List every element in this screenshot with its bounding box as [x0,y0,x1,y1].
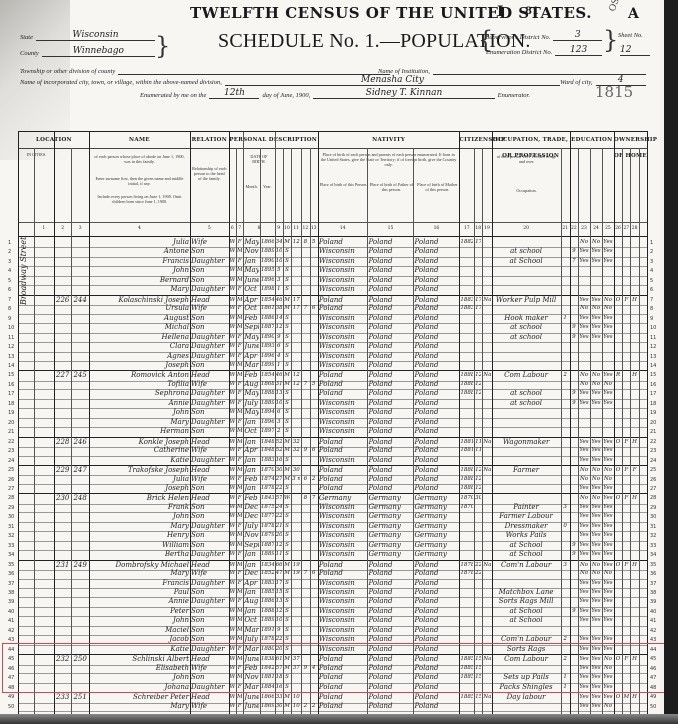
cell-dwelling [55,285,70,294]
cell-relation: Wife [191,238,228,247]
cell-marital: S [284,333,290,342]
cell-marital: S [284,314,290,323]
line-number: 38 [650,590,656,596]
cell-marital: M [284,304,290,313]
cell-father: Poland [368,418,412,427]
cell-months-unemp [562,427,569,436]
cell-owned [615,418,621,427]
cell-birth: Wisconsin [319,588,367,597]
cell-school: 9 [571,333,577,342]
cell-farm [631,503,637,512]
cell-year: 1852 [261,569,274,578]
cell-owned [615,626,621,635]
supervisor-district-field: Supervisor's District No. 3 [486,30,602,41]
cell-natz [483,380,490,389]
cell-mother: Poland [414,626,458,635]
cell-english: Yes [603,446,613,455]
cell-month: Jan [244,257,259,266]
enumerated-prefix: Enumerated by me on the [140,92,206,99]
cell-relation: Son [191,247,228,256]
enumerated-suffix: day of June, 1900, [262,92,310,99]
cell-age: 12 [276,607,282,616]
institution-value [433,64,646,75]
cell-farm [631,247,637,256]
cell-relation: Daughter [191,285,228,294]
cell-immig [460,276,473,285]
column-number: 17 [459,226,474,231]
cell-age: 10 [276,247,282,256]
month-label: Month. [243,184,260,189]
cell-marital: S [284,541,290,550]
cell-relation: Son [191,616,228,625]
cell-marital: S [284,399,290,408]
cell-name: Tofilia [90,380,191,389]
cell-year: 1889 [261,247,274,256]
cell-occupation [493,352,560,361]
cell-father: Poland [368,597,412,606]
cell-children-living [311,333,317,342]
cell-children-living [311,456,317,465]
line-number: 7 [650,297,653,303]
cell-mother: Poland [414,579,458,588]
cell-mortgage [623,380,629,389]
cell-month: Oct [244,304,259,313]
cell-occupation: at school [493,333,560,342]
cell-children-born [302,314,308,323]
cell-family [72,399,87,408]
cell-sex: M [237,314,242,323]
column-divider [474,148,475,715]
cell-birth: Wisconsin [319,314,367,323]
cell-write: Yes [591,702,601,711]
cell-yrs-married [292,342,300,351]
cell-children-living [311,257,317,266]
cell-marital: S [284,607,290,616]
cell-family [72,323,87,332]
column-divider [71,148,72,715]
line-number: 11 [8,335,14,341]
cell-natz [483,446,490,455]
cell-mortgage [623,446,629,455]
cell-year: 1866 [261,238,274,247]
line-number: 2 [650,249,653,255]
cell-english [603,266,613,275]
cell-family [72,304,87,313]
cell-father: Poland [368,399,412,408]
cell-birth: Poland [319,702,367,711]
cell-yrs-us [475,607,481,616]
cell-year: 1885 [261,588,274,597]
cell-family [72,285,87,294]
cell-father: Poland [368,380,412,389]
cell-months-unemp [562,579,569,588]
cell-year: 1889 [261,616,274,625]
cell-natz [483,541,490,550]
cell-natz [483,522,490,531]
supervisor-district-value: 3 [553,30,602,41]
cell-yrs-married [292,361,300,370]
cell-birth: Poland [319,475,367,484]
highlight-box [2,643,668,693]
cell-dwelling [55,484,70,493]
cell-month: Sept [244,323,259,332]
cell-dwelling [55,427,70,436]
cell-year: 1894 [261,408,274,417]
line-number: 17 [650,391,656,397]
cell-mother: Germany [414,550,458,559]
cell-children-born: 7 [302,380,308,389]
cell-yrs-married [292,276,300,285]
cell-english: Yes [603,597,613,606]
cell-natz [483,484,490,493]
cell-mortgage [623,427,629,436]
column-number: 16 [413,226,459,231]
line-number: 42 [8,628,14,634]
cell-yrs-us [475,456,481,465]
cell-months-unemp [562,352,569,361]
cell-immig [460,399,473,408]
cell-farm [631,597,637,606]
line-number: 34 [8,552,14,558]
cell-relation: Daughter [191,389,228,398]
cell-read: Yes [579,522,589,531]
cell-family [72,247,87,256]
cell-sex: F [237,304,242,313]
cell-natz [483,475,490,484]
cell-write: Yes [591,588,601,597]
line-number: 23 [8,448,14,454]
cell-birth: Wisconsin [319,503,367,512]
cell-owned [615,323,621,332]
cell-english: Yes [603,456,613,465]
column-divider [260,148,261,715]
cell-color: W [230,541,235,550]
cell-color: W [230,323,235,332]
cell-father: Poland [368,257,412,266]
cell-sex: F [237,380,242,389]
cell-children-living [311,597,317,606]
cell-read: Yes [579,616,589,625]
cell-family [72,380,87,389]
ward-label: Ward of city, [560,79,593,86]
cell-mother: Poland [414,238,458,247]
cell-year: 1877 [261,512,274,521]
cell-immig [460,512,473,521]
line-number: 36 [650,571,656,577]
cell-immig [460,323,473,332]
cell-yrs-married: 19 [292,569,300,578]
cell-immig [460,352,473,361]
cell-mortgage [623,399,629,408]
cell-yrs-married [292,408,300,417]
cell-yrs-us: 12 [475,484,481,493]
cell-year: 1886 [261,314,274,323]
cell-mortgage [623,323,629,332]
line-number: 10 [650,325,656,331]
cell-yrs-married [292,597,300,606]
cell-month: June [244,276,259,285]
cell-color: W [230,285,235,294]
cell-farm [631,626,637,635]
cell-children-living: 6 [311,569,317,578]
cell-write: Yes [591,399,601,408]
birthplace-father-label: Place of birth of Father of this person. [369,182,413,192]
cell-father: Germany [368,531,412,540]
cell-age: 1 [276,361,282,370]
cell-birth: Wisconsin [319,342,367,351]
cell-write: No [591,304,601,313]
cell-farm [631,484,637,493]
cell-children-born [302,257,308,266]
cell-dwelling [55,550,70,559]
cell-read [579,342,589,351]
cell-children-living: 5 [311,380,317,389]
column-group-header: NATIVITY [318,132,461,149]
cell-english: Yes [603,579,613,588]
cell-year: 1883 [261,456,274,465]
cell-family [72,541,87,550]
cell-immig: 1883 [460,304,473,313]
cell-school [571,304,577,313]
cell-immig [460,531,473,540]
column-divider [482,148,483,715]
cell-color: W [230,702,235,711]
county-value: Winnebago [42,46,155,57]
cell-father: Poland [368,475,412,484]
cell-occupation: Painter [493,503,560,512]
cell-children-living [311,342,317,351]
cell-sex: M [237,361,242,370]
cell-father: Poland [368,276,412,285]
cell-occupation: Matchbox Lane [493,588,560,597]
table-header: LOCATIONNAMERELATIONPERSONAL DESCRIPTION… [19,132,647,237]
cell-month: June [244,342,259,351]
cell-marital: S [284,276,290,285]
cell-age: 24 [276,503,282,512]
cell-relation: Son [191,588,228,597]
cell-marital: S [284,522,290,531]
column-number: 23 [578,226,590,231]
cell-marital: S [284,531,290,540]
column-divider [301,148,302,715]
cell-children-born [302,247,308,256]
cell-sex: F [237,579,242,588]
cell-father: Poland [368,361,412,370]
cell-months-unemp [562,257,569,266]
cell-marital: M [284,446,290,455]
cell-age: 10 [276,399,282,408]
cell-read: Yes [579,333,589,342]
cell-mother: Poland [414,569,458,578]
cell-months-unemp [562,342,569,351]
cell-mortgage [623,276,629,285]
cell-read: Yes [579,389,589,398]
cell-write [591,276,601,285]
cell-marital: S [284,257,290,266]
cell-father: Poland [368,607,412,616]
cell-school [571,588,577,597]
cell-color: W [230,456,235,465]
cell-month: Dec [244,512,259,521]
cell-birth: Wisconsin [319,276,367,285]
cell-children-born [302,607,308,616]
cell-occupation [493,304,560,313]
cell-yrs-married [292,333,300,342]
cell-school [571,314,577,323]
cell-yrs-us [475,597,481,606]
cell-yrs-us [475,266,481,275]
cell-name: Joseph [90,484,191,493]
cell-school [571,427,577,436]
cell-family [72,361,87,370]
cell-family [72,456,87,465]
cell-mortgage [623,588,629,597]
cell-yrs-us [475,276,481,285]
cell-father: Poland [368,333,412,342]
cell-relation: Daughter [191,456,228,465]
line-number: 1 [650,240,653,246]
cell-children-living [311,352,317,361]
cell-read [579,427,589,436]
cell-mortgage [623,702,629,711]
cell-natz [483,616,490,625]
cell-mortgage [623,304,629,313]
cell-english: Yes [603,550,613,559]
cell-mother: Poland [414,475,458,484]
enumeration-district-value: 123 [555,45,602,56]
cell-dwelling [55,531,70,540]
cell-dwelling [55,323,70,332]
cell-dwelling [55,541,70,550]
column-divider [34,148,35,715]
cell-children-born [302,503,308,512]
cell-farm [631,550,637,559]
cell-mortgage [623,247,629,256]
cell-school [571,531,577,540]
cell-owned [615,475,621,484]
sheet-no-label: Sheet No. [618,32,643,39]
line-number: 32 [8,533,14,539]
cell-children-living [311,550,317,559]
cell-family [72,607,87,616]
cell-year: 1893 [261,342,274,351]
cell-name: Ursula [90,304,191,313]
cell-month: Mar [244,361,259,370]
cell-family [72,484,87,493]
cell-children-living [311,418,317,427]
cell-sex: F [237,238,242,247]
cell-sex: M [237,616,242,625]
cell-dwelling [55,702,70,711]
cell-months-unemp [562,550,569,559]
cell-relation: Daughter [191,522,228,531]
enumerator-label: Enumerator. [498,92,530,99]
cell-write [591,427,601,436]
column-divider [602,148,603,715]
cell-school [571,597,577,606]
cell-school: 9 [571,550,577,559]
column-divider [639,148,640,715]
cell-read: Yes [579,607,589,616]
cell-birth: Poland [319,380,367,389]
line-number: 24 [8,458,14,464]
cell-name: Julia [90,475,191,484]
cell-mother: Poland [414,380,458,389]
cell-occupation [493,418,560,427]
cell-months-unemp [562,512,569,521]
cell-color: W [230,418,235,427]
cell-mortgage [623,607,629,616]
cell-months-unemp [562,607,569,616]
cell-year: 1861 [261,304,274,313]
cell-occupation [493,456,560,465]
cell-year: 1899 [261,361,274,370]
cell-month: Aug [244,380,259,389]
cell-immig: 1888 [460,389,473,398]
cell-yrs-us: 12 [475,380,481,389]
cell-yrs-us [475,541,481,550]
cell-natz [483,352,490,361]
cell-marital: S [284,352,290,361]
cell-natz [483,702,490,711]
cell-color: W [230,342,235,351]
page-stamp: 1815 [595,83,633,101]
cell-farm [631,512,637,521]
cell-immig: 1882 [460,238,473,247]
column-divider [622,148,623,715]
column-divider [561,148,562,715]
cell-write: Yes [591,247,601,256]
cell-color: W [230,484,235,493]
cell-write: Yes [591,333,601,342]
cell-immig [460,361,473,370]
cell-owned [615,579,621,588]
cell-family [72,408,87,417]
enumerator-name: Sidney T. Kinnan [313,88,494,99]
cell-birth: Wisconsin [319,285,367,294]
column-number: 3 [71,226,88,231]
cell-year: 1890 [261,257,274,266]
cell-relation: Daughter [191,333,228,342]
cell-sex: M [237,427,242,436]
column-divider [291,148,292,715]
cell-school [571,522,577,531]
cell-immig [460,257,473,266]
cell-yrs-married [292,512,300,521]
corner-stamp: OS [608,0,622,13]
cell-month: Jan [244,484,259,493]
cell-english: Yes [603,333,613,342]
cell-english: No [603,569,613,578]
cell-father: Poland [368,446,412,455]
column-divider [578,148,579,715]
cell-year: 1869 [261,702,274,711]
cell-read: Yes [579,597,589,606]
cell-school: 9 [571,541,577,550]
cell-father: Poland [368,616,412,625]
sheet-letter: A [628,6,639,22]
cell-father: Poland [368,484,412,493]
cell-read: Yes [579,579,589,588]
cell-mortgage [623,257,629,266]
cell-english: No [603,380,613,389]
cell-children-living [311,361,317,370]
cell-name: Sephrona [90,389,191,398]
column-divider [459,132,460,715]
cell-birth: Wisconsin [319,456,367,465]
cell-farm [631,266,637,275]
cell-marital: S [284,616,290,625]
